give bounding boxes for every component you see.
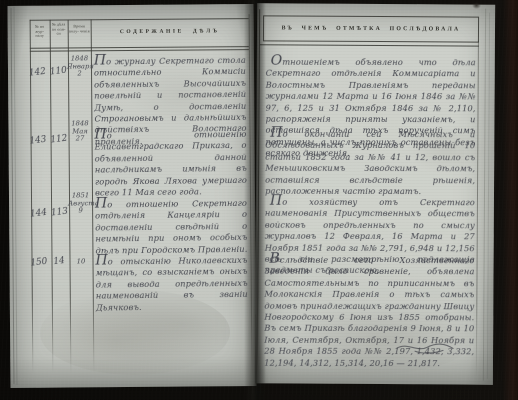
column-header-case-no: № дѣла по опи- си — [51, 23, 67, 48]
column-header-journal-no: № по жур- налу — [31, 25, 49, 47]
entry-summary: По отысканію Николаевскихъ мѣщанъ, со вз… — [95, 254, 248, 314]
table-top-rule — [30, 18, 249, 21]
entry-date: 10 — [68, 258, 93, 266]
entry-date: 1848 Мая 27 — [67, 120, 92, 143]
entry-date: 1851 Августа 9 — [68, 192, 93, 215]
column-header-date: Время полу- ченія — [69, 24, 90, 46]
entry-case-number: 113 — [51, 207, 69, 219]
entry-journal-number: 143 — [29, 135, 47, 147]
signature-flourish — [395, 340, 455, 354]
entry-journal-number: 150 — [30, 257, 48, 269]
annotation-paragraph: Вслѣдствіе сего Хозяйственнаго Заведенія… — [264, 254, 474, 345]
left-page-title: СОДЕРЖАНІЕ ДѢЛЪ — [94, 28, 246, 35]
column-rule — [249, 14, 253, 376]
header-bottom-rule-2 — [30, 49, 249, 52]
page-edge-line — [483, 9, 486, 381]
entry-journal-number: 144 — [30, 208, 48, 220]
entry-case-number: 112 — [50, 134, 68, 146]
annotation-paragraph: По окончаніи сей Мѣсячныхъ и Обслѣдованн… — [265, 128, 475, 187]
entry-summary: По отношенію Елисаветградскаго Приказа, … — [94, 128, 247, 190]
archival-register-photo: № по жур- налу № дѣла по опи- си Время п… — [0, 0, 518, 400]
page-edge-line — [487, 13, 490, 379]
left-page: № по жур- налу № дѣла по опи- си Время п… — [8, 4, 257, 388]
page-margin-rule — [257, 9, 260, 377]
entry-date-day: 10 — [68, 258, 93, 266]
header-bottom-rule — [260, 44, 479, 46]
entry-date-day: 9 — [68, 207, 93, 215]
page-margin-rule — [476, 41, 479, 377]
entry-summary: По журналу Секретнаго стола относительно… — [94, 54, 247, 132]
entry-date: 1848 Января 2 — [67, 55, 92, 78]
page-edge-line — [14, 7, 18, 385]
right-page-title-box: ВЪ ЧЕМЪ ОТМѢТКА ПОСЛѢДОВАЛА — [263, 15, 479, 42]
entry-case-number: 110 — [50, 66, 68, 78]
annotation-paragraph: По хозяйству отъ Секретнаго наименованія… — [265, 196, 475, 257]
entry-journal-number: 142 — [29, 67, 47, 79]
right-page-title: ВЪ ЧЕМЪ ОТМѢТКА ПОСЛѢДОВАЛА — [282, 25, 461, 32]
right-page: ВЪ ЧЕМЪ ОТМѢТКА ПОСЛѢДОВАЛА Отношеніемъ … — [255, 3, 495, 384]
entry-date-day: 27 — [68, 135, 93, 143]
annotation-paragraph: Отношеніемъ объявлено что дѣла Секретнаг… — [266, 56, 476, 135]
entry-summary: По отношенію Секретнаго отдѣленія Канцел… — [95, 197, 248, 255]
entry-case-number: 14 — [53, 256, 65, 267]
entry-date-day: 2 — [67, 70, 92, 78]
page-corner-mark — [472, 2, 481, 9]
